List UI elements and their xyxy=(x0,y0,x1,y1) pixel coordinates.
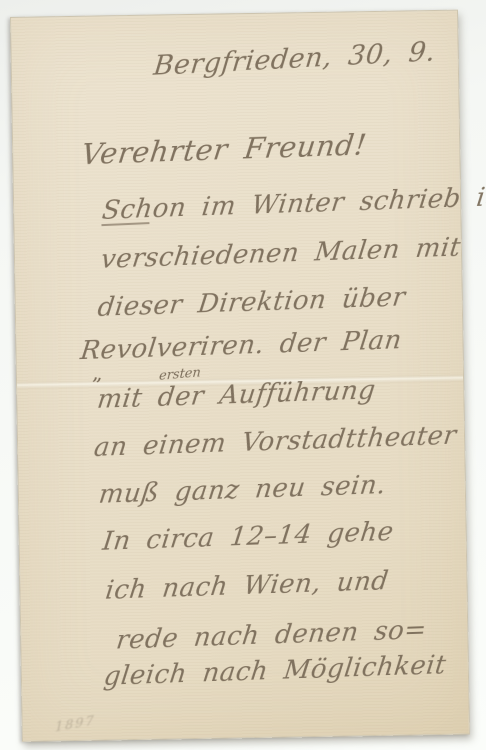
body-line-2: verschiedenen Malen mit xyxy=(99,233,462,274)
body-line-11: gleich nach Möglichkeit xyxy=(102,651,448,691)
body-line-4: Revolveriren. der Plan xyxy=(79,326,404,366)
salutation: Verehrter Freund! xyxy=(80,129,369,171)
dateline: Bergfrieden, 30, 9. xyxy=(152,37,437,81)
body-line-1: Schon im Winter schrieb ich xyxy=(100,182,486,225)
body-line-8: In circa 12–14 gehe xyxy=(101,518,395,557)
letter-paper: Bergfrieden, 30, 9. Verehrter Freund! Sc… xyxy=(10,10,470,742)
body-line-3: dieser Direktion über xyxy=(96,283,407,322)
scan-background: Bergfrieden, 30, 9. Verehrter Freund! Sc… xyxy=(0,0,486,750)
body-line-6: an einem Vorstadttheater xyxy=(92,421,458,462)
body-line-10: rede nach denen so= xyxy=(115,616,429,655)
body-line-9: ich nach Wien, und xyxy=(104,567,390,605)
body-line-7: muß ganz neu sein. xyxy=(97,471,387,510)
pencil-annotation: 1897 xyxy=(55,713,96,735)
